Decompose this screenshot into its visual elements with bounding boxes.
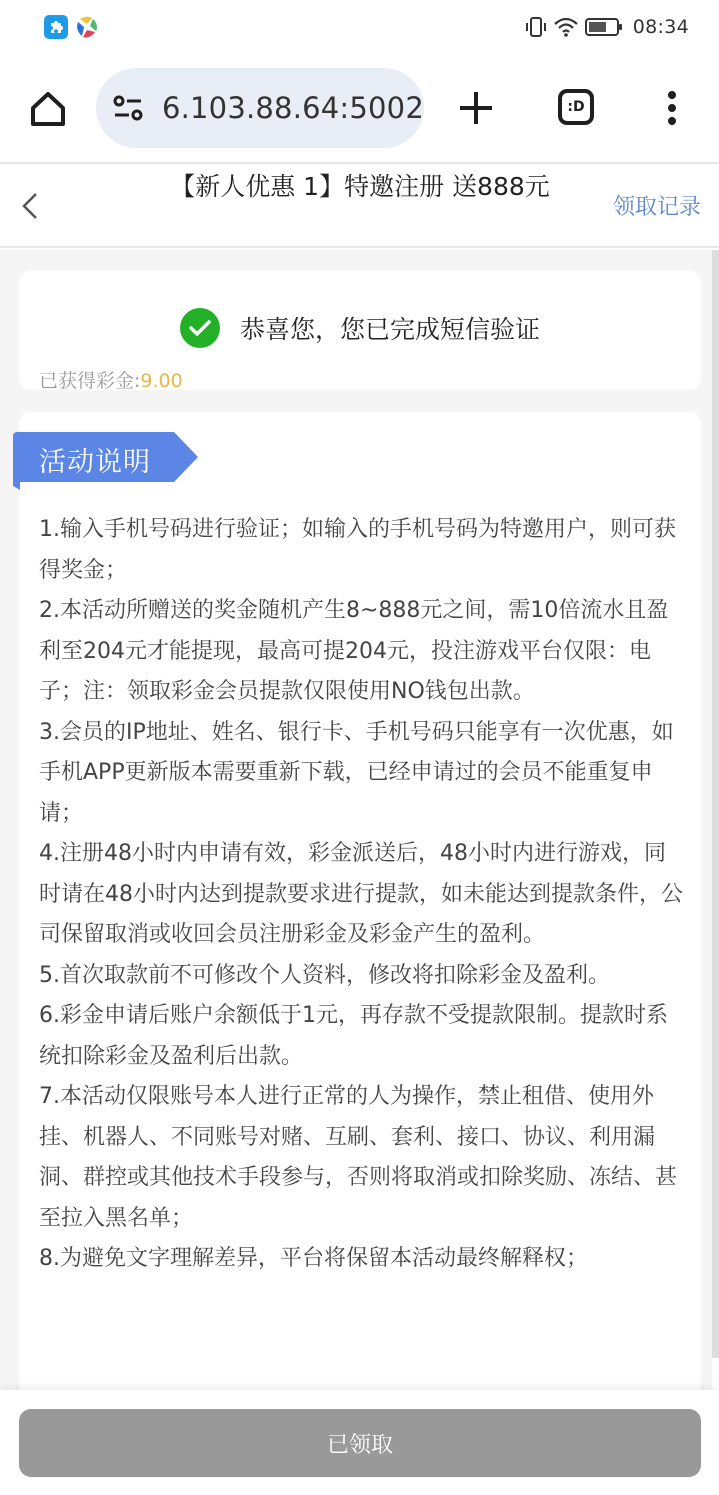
claim-records-link[interactable]: 领取记录 (613, 190, 701, 221)
bonus-value: 9.00 (140, 370, 182, 392)
browser-toolbar: 6.103.88.64:5002 :D (0, 56, 719, 164)
tabs-icon: :D (567, 99, 584, 115)
success-message: 恭喜您，您已完成短信验证 (240, 310, 540, 346)
rule-item: 8.为避免文字理解差异，平台将保留本活动最终解释权； (39, 1239, 684, 1280)
puzzle-app-icon (44, 15, 68, 39)
verification-card: 恭喜您，您已完成短信验证 已获得彩金:9.00 (19, 270, 701, 390)
bonus-label: 已获得彩金: (39, 370, 140, 392)
rule-item: 5.首次取款前不可修改个人资料，修改将扣除彩金及盈利。 (39, 956, 684, 997)
scrollbar[interactable] (712, 250, 719, 1358)
rule-item: 6.彩金申请后账户余额低于1元，再存款不受提款限制。提款时系统扣除彩金及盈利后出… (39, 996, 684, 1077)
rules-list: 1.输入手机号码进行验证；如输入的手机号码为特邀用户，则可获得奖金； 2.本活动… (39, 510, 684, 1280)
activity-badge-label: 活动说明 (39, 440, 151, 479)
clock: 08:34 (633, 16, 689, 38)
activity-badge: 活动说明 (12, 432, 198, 482)
vibrate-icon (525, 16, 547, 38)
claimed-button[interactable]: 已领取 (19, 1409, 701, 1477)
tabs-button[interactable]: :D (558, 89, 594, 125)
address-bar[interactable]: 6.103.88.64:5002 (96, 68, 424, 148)
page-header: 【新人优惠 1】特邀注册 送888元 领取记录 (0, 164, 719, 248)
more-menu-icon[interactable] (660, 86, 684, 130)
rule-item: 3.会员的IP地址、姓名、银行卡、手机号码只能享有一次优惠，如手机APP更新版本… (39, 713, 684, 835)
content-area: 恭喜您，您已完成短信验证 已获得彩金:9.00 活动说明 1.输入手机号码进行验… (0, 250, 712, 1390)
new-tab-icon[interactable] (454, 86, 498, 130)
url-text[interactable]: 6.103.88.64:5002 (162, 91, 424, 125)
rule-item: 2.本活动所赠送的奖金随机产生8~888元之间，需10倍流水且盈利至204元才能… (39, 591, 684, 713)
rule-item: 4.注册48小时内申请有效，彩金派送后，48小时内进行游戏，同时请在48小时内达… (39, 834, 684, 956)
bonus-row: 已获得彩金:9.00 (39, 366, 183, 393)
status-bar: 08:34 (0, 0, 719, 56)
colorful-app-icon (74, 14, 100, 40)
check-circle-icon (180, 308, 220, 348)
page-title: 【新人优惠 1】特邀注册 送888元 (150, 170, 570, 204)
wifi-icon (553, 16, 579, 38)
battery-icon (585, 17, 623, 37)
success-row: 恭喜您，您已完成短信验证 (19, 308, 701, 348)
back-arrow-icon[interactable] (18, 190, 46, 222)
site-settings-icon[interactable] (112, 94, 144, 122)
activity-card: 活动说明 1.输入手机号码进行验证；如输入的手机号码为特邀用户，则可获得奖金； … (19, 412, 701, 1390)
home-icon[interactable] (26, 86, 70, 130)
footer-bar: 已领取 (0, 1390, 719, 1495)
status-icons: 08:34 (525, 12, 689, 42)
rule-item: 7.本活动仅限账号本人进行正常的人为操作，禁止租借、使用外挂、机器人、不同账号对… (39, 1077, 684, 1239)
rule-item: 1.输入手机号码进行验证；如输入的手机号码为特邀用户，则可获得奖金； (39, 510, 684, 591)
